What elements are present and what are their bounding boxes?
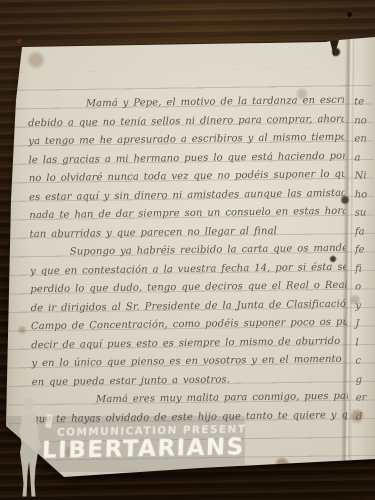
photo-of-handwritten-letter: Mamá y Pepe, el motivo de la tardanza en… — [0, 0, 375, 500]
letter-page: Mamá y Pepe, el motivo de la tardanza en… — [0, 0, 375, 500]
paper-shadow: Mamá y Pepe, el motivo de la tardanza en… — [0, 0, 375, 500]
age-stains — [0, 0, 375, 500]
